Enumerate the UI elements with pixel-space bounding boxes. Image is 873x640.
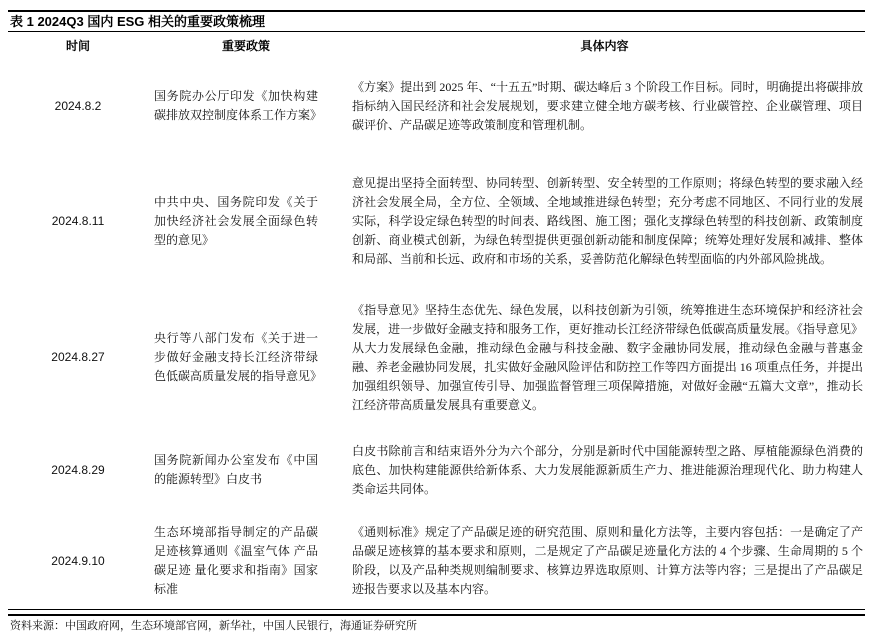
cell-date: 2024.9.10 bbox=[8, 513, 148, 610]
table-row: 2024.8.2 国务院办公厅印发《加快构建碳排放双控制度体系工作方案》 《方案… bbox=[8, 57, 865, 155]
table-row: 2024.9.10 生态环境部指导制定的产品碳足迹核算通则《温室气体 产品碳足迹… bbox=[8, 513, 865, 610]
table-row: 2024.8.27 央行等八部门发布《关于进一步做好金融支持长江经济带绿色低碳高… bbox=[8, 288, 865, 427]
cell-content: 意见提出坚持全面转型、协同转型、创新转型、安全转型的工作原则；将绿色转型的要求融… bbox=[344, 155, 865, 288]
source-note: 资料来源：中国政府网，生态环境部官网，新华社，中国人民银行，海通证券研究所 bbox=[8, 616, 865, 634]
table-row: 2024.8.29 国务院新闻办公室发布《中国的能源转型》白皮书 白皮书除前言和… bbox=[8, 427, 865, 513]
column-header-content: 具体内容 bbox=[344, 32, 865, 57]
cell-date: 2024.8.11 bbox=[8, 155, 148, 288]
header-row: 时间 重要政策 具体内容 bbox=[8, 32, 865, 57]
table-header: 时间 重要政策 具体内容 bbox=[8, 32, 865, 57]
column-header-time: 时间 bbox=[8, 32, 148, 57]
policy-table: 时间 重要政策 具体内容 2024.8.2 国务院办公厅印发《加快构建碳排放双控… bbox=[8, 32, 865, 610]
cell-policy: 中共中央、国务院印发《关于加快经济社会发展全面绿色转型的意见》 bbox=[148, 155, 344, 288]
table-row: 2024.8.11 中共中央、国务院印发《关于加快经济社会发展全面绿色转型的意见… bbox=[8, 155, 865, 288]
cell-policy: 国务院新闻办公室发布《中国的能源转型》白皮书 bbox=[148, 427, 344, 513]
cell-content: 《方案》提出到 2025 年、“十五五”时期、碳达峰后 3 个阶段工作目标。同时… bbox=[344, 57, 865, 155]
cell-date: 2024.8.27 bbox=[8, 288, 148, 427]
cell-date: 2024.8.29 bbox=[8, 427, 148, 513]
table-title: 表 1 2024Q3 国内 ESG 相关的重要政策梳理 bbox=[8, 10, 865, 32]
cell-policy: 央行等八部门发布《关于进一步做好金融支持长江经济带绿色低碳高质量发展的指导意见》 bbox=[148, 288, 344, 427]
cell-date: 2024.8.2 bbox=[8, 57, 148, 155]
cell-content: 《指导意见》坚持生态优先、绿色发展，以科技创新为引领，统筹推进生态环境保护和经济… bbox=[344, 288, 865, 427]
cell-policy: 生态环境部指导制定的产品碳足迹核算通则《温室气体 产品碳足迹 量化要求和指南》国… bbox=[148, 513, 344, 610]
cell-policy: 国务院办公厅印发《加快构建碳排放双控制度体系工作方案》 bbox=[148, 57, 344, 155]
column-header-policy: 重要政策 bbox=[148, 32, 344, 57]
cell-content: 《通则标准》规定了产品碳足迹的研究范围、原则和量化方法等，主要内容包括：一是确定… bbox=[344, 513, 865, 610]
report-table-page: 表 1 2024Q3 国内 ESG 相关的重要政策梳理 时间 重要政策 具体内容… bbox=[0, 0, 873, 640]
cell-content: 白皮书除前言和结束语外分为六个部分，分别是新时代中国能源转型之路、厚植能源绿色消… bbox=[344, 427, 865, 513]
